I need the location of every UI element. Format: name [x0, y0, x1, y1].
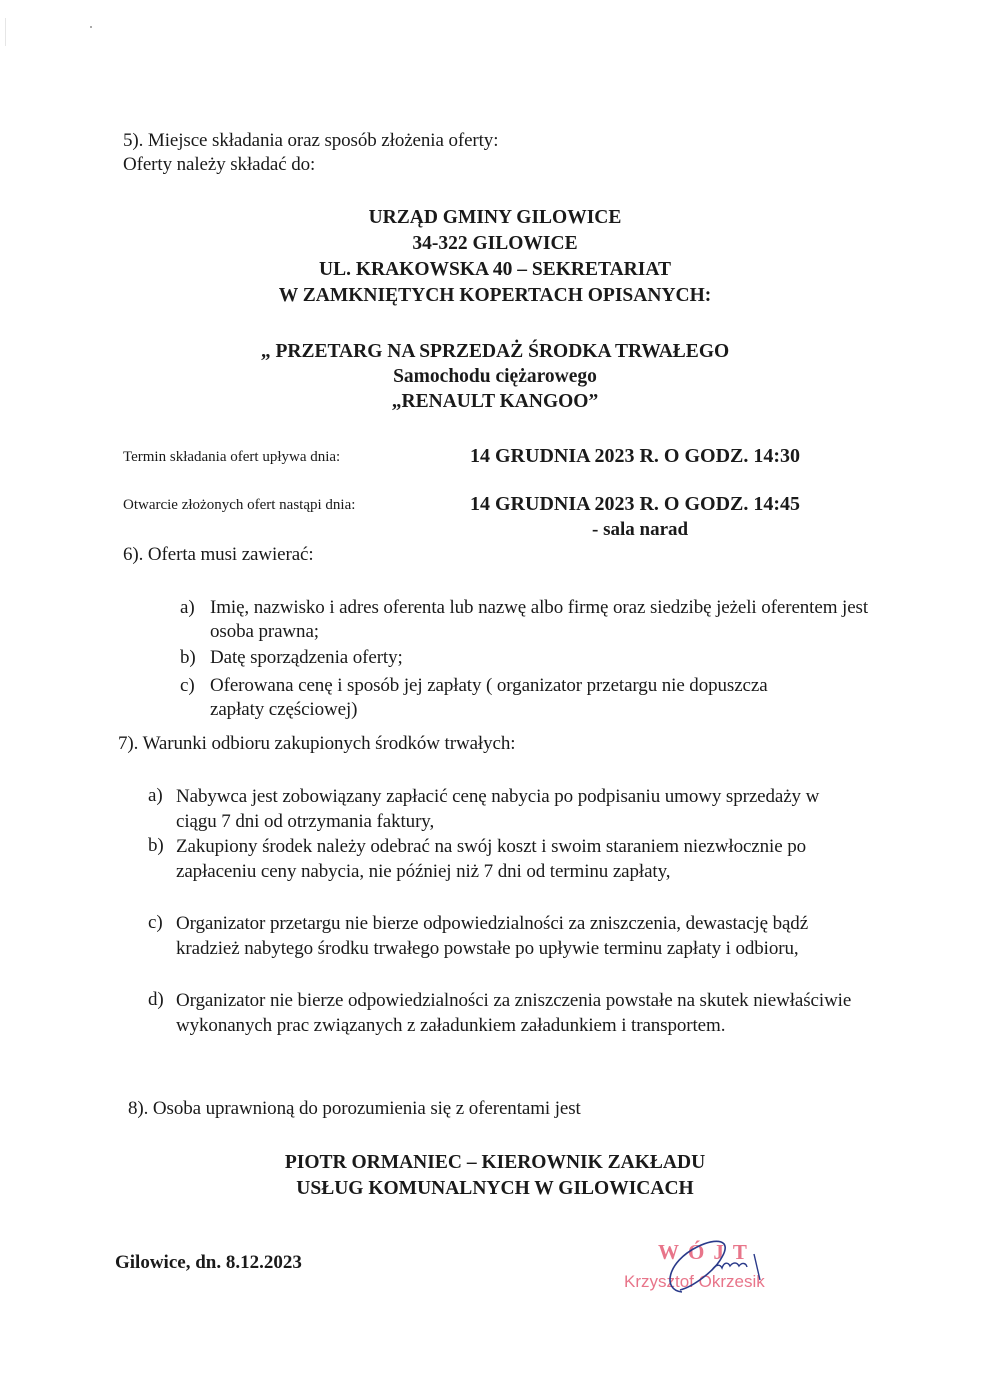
- official-stamp: WÓJT Krzysztof Okrzesik: [622, 1240, 812, 1305]
- list-item-text: Nabywca jest zobowiązany zapłacić cenę n…: [176, 784, 836, 834]
- list-marker: a): [148, 784, 163, 808]
- envelope-title: „ PRZETARG NA SPRZEDAŻ ŚRODKA TRWAŁEGO: [0, 339, 990, 365]
- list-marker: c): [148, 911, 163, 935]
- section-7-list: a) Nabywca jest zobowiązany zapłacić cen…: [148, 784, 868, 1065]
- list-item: c) Organizator przetargu nie bierze odpo…: [148, 911, 868, 988]
- contact-department: USŁUG KOMUNALNYCH W GILOWICACH: [0, 1176, 990, 1202]
- list-item: d) Organizator nie bierze odpowiedzialno…: [148, 988, 868, 1065]
- address-line: URZĄD GMINY GILOWICE: [0, 205, 990, 231]
- opening-value: 14 GRUDNIA 2023 R. O GODZ. 14:45: [470, 493, 800, 516]
- section-8-heading: 8). Osoba uprawnioną do porozumienia się…: [128, 1097, 581, 1121]
- place-date: Gilowice, dn. 8.12.2023: [115, 1252, 302, 1274]
- opening-place: - sala narad: [592, 519, 688, 541]
- list-item-text: Datę sporządzenia oferty;: [210, 646, 870, 670]
- list-item-text: Organizator nie bierze odpowiedzialności…: [176, 988, 871, 1038]
- list-marker: c): [180, 674, 195, 698]
- contact-person: PIOTR ORMANIEC – KIEROWNIK ZAKŁADU: [0, 1150, 990, 1176]
- list-item: c) Oferowana cenę i sposób jej zapłaty (…: [180, 674, 870, 722]
- envelope-subtitle: Samochodu ciężarowego: [0, 364, 990, 390]
- list-item: b) Datę sporządzenia oferty;: [180, 646, 870, 674]
- section-5-intro: Oferty należy składać do:: [123, 153, 315, 177]
- section-6-list: a) Imię, nazwisko i adres oferenta lub n…: [180, 596, 870, 722]
- section-5-heading: 5). Miejsce składania oraz sposób złożen…: [123, 129, 498, 153]
- scan-artifact: [5, 18, 6, 46]
- signature-icon: [622, 1232, 812, 1297]
- list-marker: b): [180, 646, 196, 670]
- envelope-vehicle: „RENAULT KANGOO”: [0, 389, 990, 415]
- list-item-text: Zakupiony środek należy odebrać na swój …: [176, 834, 866, 884]
- list-item: b) Zakupiony środek należy odebrać na sw…: [148, 834, 868, 911]
- section-6-heading: 6). Oferta musi zawierać:: [123, 543, 314, 567]
- address-line: 34-322 GILOWICE: [0, 231, 990, 257]
- address-line: UL. KRAKOWSKA 40 – SEKRETARIAT: [0, 257, 990, 283]
- deadline-value: 14 GRUDNIA 2023 R. O GODZ. 14:30: [470, 445, 800, 468]
- section-7-heading: 7). Warunki odbioru zakupionych środków …: [118, 732, 515, 756]
- list-item-text: Imię, nazwisko i adres oferenta lub nazw…: [210, 596, 870, 644]
- list-item: a) Nabywca jest zobowiązany zapłacić cen…: [148, 784, 868, 834]
- list-item: a) Imię, nazwisko i adres oferenta lub n…: [180, 596, 870, 644]
- list-item-text: Oferowana cenę i sposób jej zapłaty ( or…: [210, 674, 800, 722]
- opening-label: Otwarcie złożonych ofert nastąpi dnia:: [123, 497, 355, 514]
- list-item-text: Organizator przetargu nie bierze odpowie…: [176, 911, 856, 961]
- deadline-label: Termin składania ofert upływa dnia:: [123, 449, 340, 466]
- list-marker: d): [148, 988, 164, 1012]
- list-marker: b): [148, 834, 164, 858]
- list-marker: a): [180, 596, 195, 620]
- address-line: W ZAMKNIĘTYCH KOPERTACH OPISANYCH:: [0, 283, 990, 309]
- scan-artifact: [90, 26, 92, 28]
